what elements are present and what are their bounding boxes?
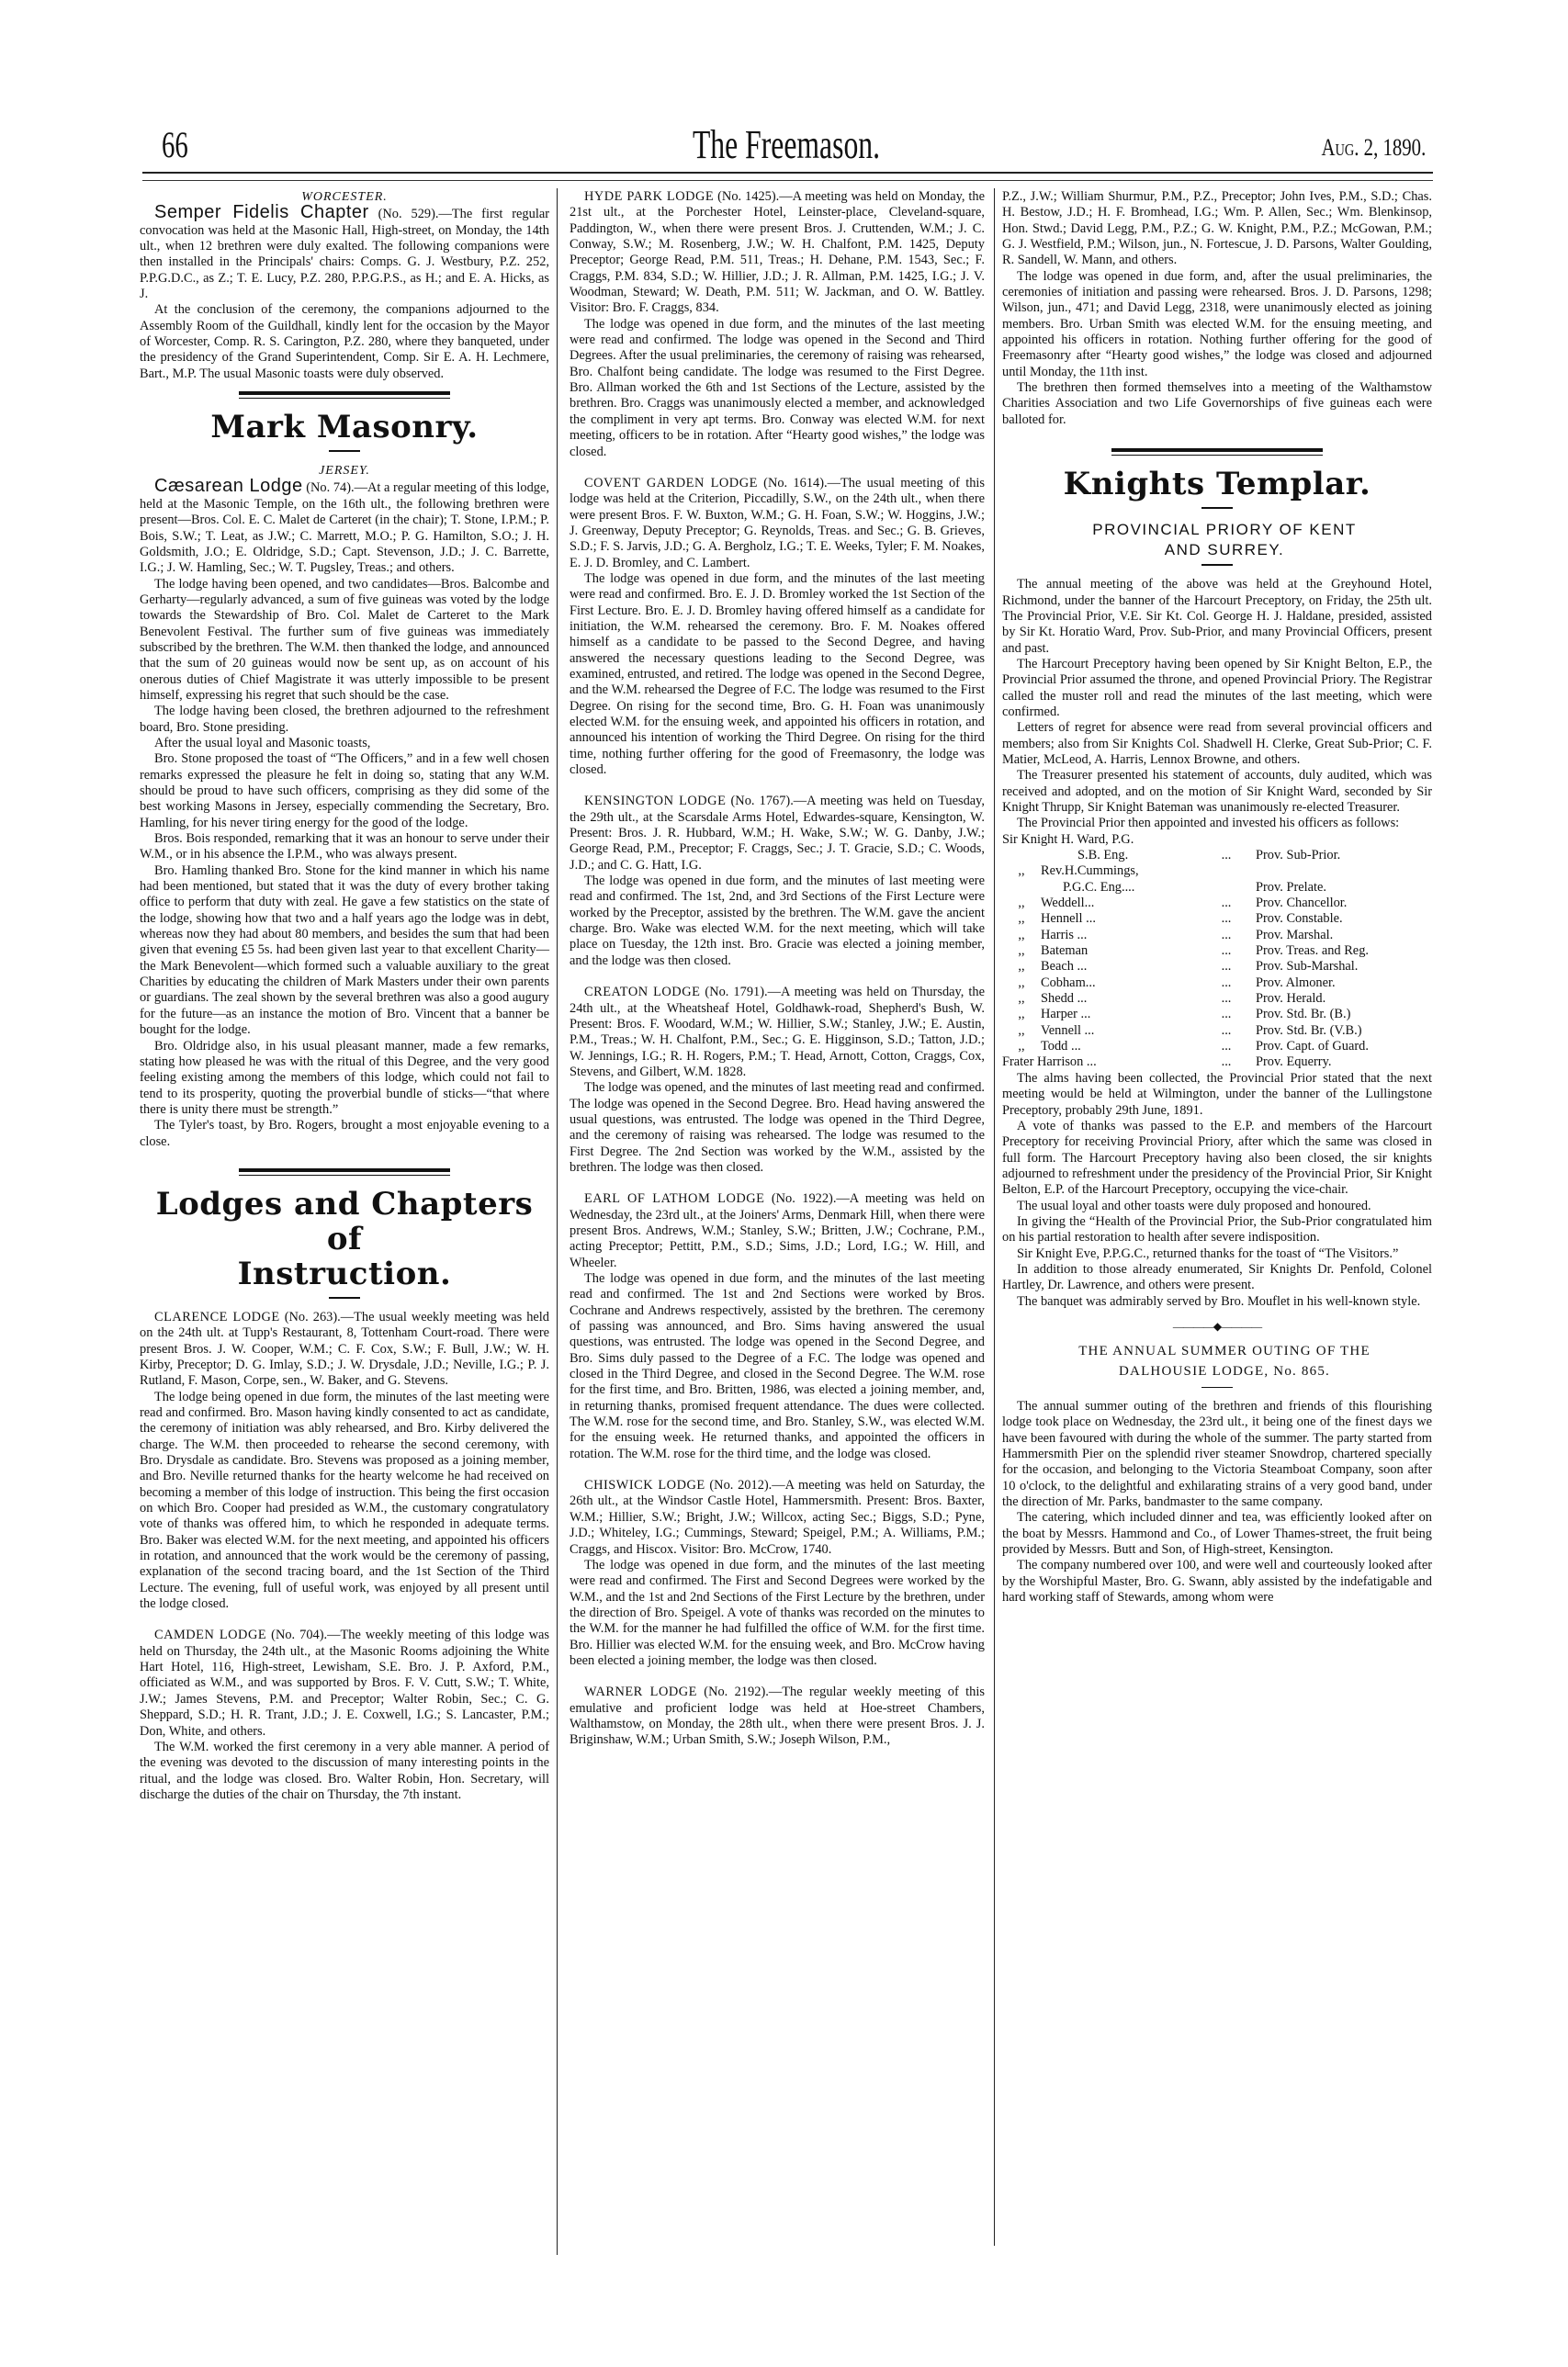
paragraph: The alms having been collected, the Prov… xyxy=(1002,1071,1432,1119)
column-3: P.Z., J.W.; William Shurmur, P.M., P.Z.,… xyxy=(1002,189,1432,1606)
officer-row: ,,Harper ......Prov. Std. Br. (B.) xyxy=(1002,1007,1432,1022)
officer-row: ,,Bateman...Prov. Treas. and Reg. xyxy=(1002,943,1432,959)
section-rule xyxy=(239,1168,450,1176)
article-chiswick-lodge: CHISWICK LODGE (No. 2012).—A meeting was… xyxy=(570,1478,985,1558)
section-rule xyxy=(239,391,450,399)
officer-row: S.B. Eng....Prov. Sub-Prior. xyxy=(1002,848,1432,863)
paragraph: The lodge being opened in due form, the … xyxy=(140,1390,549,1613)
section-heading-instruction-2: Instruction. xyxy=(140,1257,549,1291)
paragraph: Bro. Hamling thanked Bro. Stone for the … xyxy=(140,863,549,1039)
paragraph: The usual loyal and other toasts were du… xyxy=(1002,1199,1432,1214)
paragraph: The lodge was opened in due form, and th… xyxy=(570,1271,985,1462)
heading-rule xyxy=(329,450,360,452)
header-rule xyxy=(142,172,1433,174)
paragraph: The banquet was admirably served by Bro.… xyxy=(1002,1294,1432,1310)
paragraph: The Treasurer presented his statement of… xyxy=(1002,768,1432,816)
article-warner-lodge: WARNER LODGE (No. 2192).—The regular wee… xyxy=(570,1685,985,1748)
paragraph: Bro. Oldridge also, in his usual pleasan… xyxy=(140,1039,549,1119)
article-clarence-lodge: CLARENCE LODGE (No. 263).—The usual week… xyxy=(140,1310,549,1390)
issue-date: Aug. 2, 1890. xyxy=(1321,134,1426,162)
officer-row: ,,Cobham......Prov. Almoner. xyxy=(1002,975,1432,991)
officer-row: ,,Hennell ......Prov. Constable. xyxy=(1002,911,1432,927)
article-lead: CAMDEN LODGE xyxy=(154,1628,266,1642)
article-lead: HYDE PARK LODGE xyxy=(584,189,714,204)
paragraph: Sir Knight Eve, P.P.G.C., returned thank… xyxy=(1002,1246,1432,1262)
article-creaton-lodge: CREATON LODGE (No. 1791).—A meeting was … xyxy=(570,985,985,1080)
heading-rule xyxy=(1201,1387,1233,1388)
paragraph: Letters of regret for absence were read … xyxy=(1002,720,1432,768)
section-rule xyxy=(1111,448,1323,456)
paragraph: The lodge having been closed, the brethr… xyxy=(140,704,549,736)
article-lead: CHISWICK LODGE xyxy=(584,1478,705,1493)
officers-list: S.B. Eng....Prov. Sub-Prior. ,,Rev.H.Cum… xyxy=(1002,848,1432,1071)
article-lead: COVENT GARDEN LODGE xyxy=(584,476,758,490)
paragraph: The lodge was opened in due form, and th… xyxy=(570,874,985,969)
paragraph: After the usual loyal and Masonic toasts… xyxy=(140,736,549,751)
heading-rule xyxy=(329,1297,360,1299)
section-heading-knights-templar: Knights Templar. xyxy=(1002,467,1432,502)
paragraph: The lodge was opened in due form, and th… xyxy=(570,571,985,778)
article-earl-of-lathom-lodge: EARL OF LATHOM LODGE (No. 1922).—A meeti… xyxy=(570,1191,985,1271)
article-lead: KENSINGTON LODGE xyxy=(584,794,726,808)
paragraph: The brethren then formed themselves into… xyxy=(1002,380,1432,428)
section-heading-instruction-1: Lodges and Chapters of xyxy=(140,1187,549,1257)
masthead: 66 The Freemason. Aug. 2, 1890. xyxy=(138,125,1435,165)
article-hyde-park-lodge: HYDE PARK LODGE (No. 1425).—A meeting wa… xyxy=(570,189,985,317)
paragraph: The lodge was opened, and the minutes of… xyxy=(570,1080,985,1176)
paragraph: The Provincial Prior then appointed and … xyxy=(1002,816,1432,831)
paragraph: A vote of thanks was passed to the E.P. … xyxy=(1002,1119,1432,1199)
officer-row: P.G.C. Eng....Prov. Prelate. xyxy=(1002,880,1432,896)
heading-rule xyxy=(1201,507,1233,509)
officer-row: ,,Beach ......Prov. Sub-Marshal. xyxy=(1002,959,1432,975)
subheading-summer-outing-2: DALHOUSIE LODGE, No. 865. xyxy=(1002,1361,1432,1381)
paragraph: The lodge was opened in due form, and, a… xyxy=(1002,269,1432,380)
paragraph: In addition to those already enumerated,… xyxy=(1002,1262,1432,1294)
paragraph: The Tyler's toast, by Bro. Rogers, broug… xyxy=(140,1118,549,1150)
article-lead: CLARENCE LODGE xyxy=(154,1310,280,1324)
article-warner-continued: P.Z., J.W.; William Shurmur, P.M., P.Z.,… xyxy=(1002,189,1432,269)
article-lead: Semper Fidelis Chapter xyxy=(154,202,369,222)
article-camden-lodge: CAMDEN LODGE (No. 704).—The weekly meeti… xyxy=(140,1628,549,1739)
paragraph: The lodge was opened in due form, and th… xyxy=(570,1558,985,1669)
section-heading-mark-masonry: Mark Masonry. xyxy=(140,410,549,445)
officer-row: ,,Shedd ......Prov. Herald. xyxy=(1002,991,1432,1007)
officers-first-line: Sir Knight H. Ward, P.G. xyxy=(1002,832,1432,848)
article-lead: Cæsarean Lodge xyxy=(154,476,303,496)
newspaper-title: The Freemason. xyxy=(320,125,1254,165)
ornament-divider-icon: ————◆———— xyxy=(1002,1321,1432,1332)
paragraph: The Harcourt Preceptory having been open… xyxy=(1002,657,1432,720)
paragraph: The annual summer outing of the brethren… xyxy=(1002,1399,1432,1510)
officer-row: ,,Vennell ......Prov. Std. Br. (V.B.) xyxy=(1002,1023,1432,1039)
article-covent-garden-lodge: COVENT GARDEN LODGE (No. 1614).—The usua… xyxy=(570,476,985,571)
paragraph: Bros. Bois responded, remarking that it … xyxy=(140,831,549,863)
subheading-summer-outing-1: THE ANNUAL SUMMER OUTING OF THE xyxy=(1002,1341,1432,1361)
paragraph: At the conclusion of the ceremony, the c… xyxy=(140,302,549,382)
officer-row: ,,Weddell......Prov. Chancellor. xyxy=(1002,896,1432,911)
column-divider-2 xyxy=(994,188,995,2246)
officer-row: ,,Todd ......Prov. Capt. of Guard. xyxy=(1002,1039,1432,1054)
article-kensington-lodge: KENSINGTON LODGE (No. 1767).—A meeting w… xyxy=(570,794,985,874)
article-lead: CREATON LODGE xyxy=(584,985,700,999)
officer-row: Frater Harrison ......Prov. Equerry. xyxy=(1002,1054,1432,1070)
column-2: HYDE PARK LODGE (No. 1425).—A meeting wa… xyxy=(570,189,985,1749)
column-divider-1 xyxy=(557,188,558,2255)
paragraph: The catering, which included dinner and … xyxy=(1002,1510,1432,1558)
article-lead: EARL OF LATHOM LODGE xyxy=(584,1191,764,1206)
page-number: 66 xyxy=(162,125,188,165)
paragraph: In giving the “Health of the Provincial … xyxy=(1002,1214,1432,1246)
article-lead: WARNER LODGE xyxy=(584,1685,697,1699)
subheading-provincial-priory-1: PROVINCIAL PRIORY OF KENT xyxy=(1002,520,1432,540)
paragraph: The W.M. worked the first ceremony in a … xyxy=(140,1740,549,1803)
heading-rule xyxy=(1201,564,1233,566)
header-rule-thin xyxy=(142,180,1433,181)
column-1: WORCESTER. Semper Fidelis Chapter (No. 5… xyxy=(140,189,549,1803)
paragraph: The lodge having been opened, and two ca… xyxy=(140,577,549,704)
paragraph: The lodge was opened in due form, and th… xyxy=(570,317,985,460)
officer-row: ,,Rev.H.Cummings, xyxy=(1002,863,1432,879)
paragraph: Bro. Stone proposed the toast of “The Of… xyxy=(140,751,549,831)
article-caesarean-lodge: Cæsarean Lodge (No. 74).—At a regular me… xyxy=(140,479,549,576)
paragraph: The annual meeting of the above was held… xyxy=(1002,577,1432,657)
paragraph: The company numbered over 100, and were … xyxy=(1002,1558,1432,1606)
article-semper-fidelis: Semper Fidelis Chapter (No. 529).—The fi… xyxy=(140,205,549,302)
subheading-provincial-priory-2: AND SURREY. xyxy=(1002,540,1432,560)
officer-row: ,,Harris ......Prov. Marshal. xyxy=(1002,928,1432,943)
